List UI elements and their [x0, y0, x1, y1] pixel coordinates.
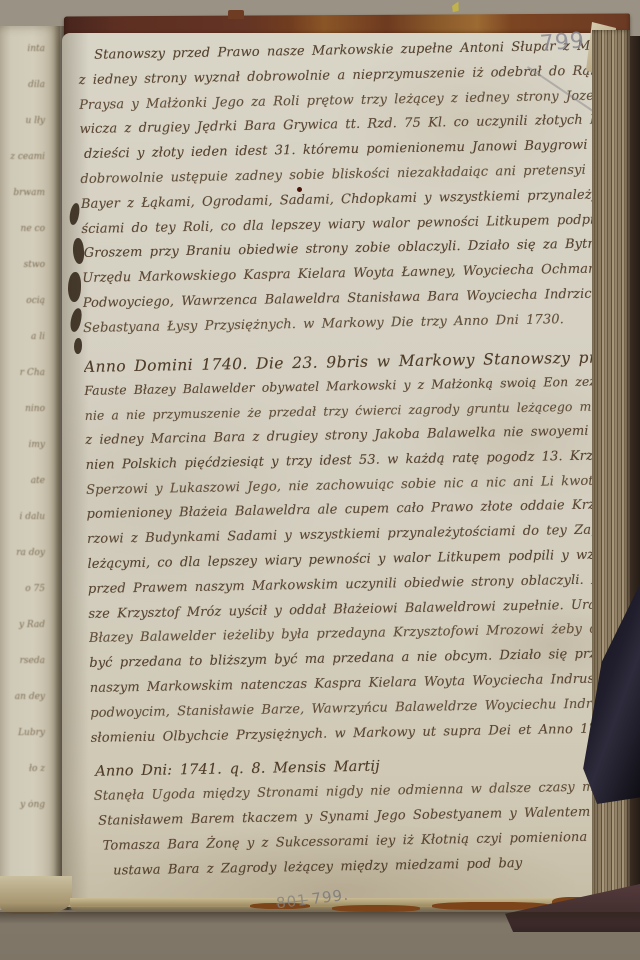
folio-number-pencil: 799: [539, 28, 586, 57]
facing-page-fragment: ło z: [0, 764, 52, 800]
facing-page-text: inta dila u lły z ceami brwam ne co stwo…: [0, 44, 52, 836]
book-shadow: [0, 912, 640, 924]
facing-page-fragment: a li: [0, 332, 52, 368]
facing-page-fragment: z ceami: [0, 152, 52, 188]
facing-page-fragment: ocią: [0, 296, 52, 332]
ink-dot: [297, 187, 302, 192]
crossed-out-number: 801: [275, 891, 309, 913]
facing-page-fragment: y óng: [0, 800, 52, 836]
ink-blot: [74, 338, 82, 354]
facing-page-fragment: dila: [0, 80, 52, 116]
facing-page-fragment: r Cha: [0, 368, 52, 404]
bottom-left-page-corner: [0, 876, 72, 914]
debris-speck: [450, 0, 462, 14]
facing-page-fragment: ne co: [0, 224, 52, 260]
spine-notch: [228, 10, 244, 19]
rust-fragment: [332, 905, 420, 912]
facing-page: inta dila u lły z ceami brwam ne co stwo…: [0, 26, 60, 910]
manuscript-text-block: Stanowszy przed Prawo nasze Markowskie z…: [78, 35, 608, 904]
facing-page-fragment: ate: [0, 476, 52, 512]
facing-page-fragment: u lły: [0, 116, 52, 152]
ink-blot: [68, 272, 81, 302]
facing-page-fragment: an dey: [0, 692, 52, 728]
facing-page-fragment: brwam: [0, 188, 52, 224]
facing-page-fragment: ra doy: [0, 548, 52, 584]
facing-page-fragment: i dalu: [0, 512, 52, 548]
facing-page-fragment: inta: [0, 44, 52, 80]
facing-page-fragment: Lubry: [0, 728, 52, 764]
facing-page-fragment: nino: [0, 404, 52, 440]
facing-page-fragment: stwo: [0, 260, 52, 296]
facing-page-fragment: rseda: [0, 656, 52, 692]
facing-page-fragment: o 75: [0, 584, 52, 620]
facing-page-fragment: imy: [0, 440, 52, 476]
facing-page-fragment: y Rad: [0, 620, 52, 656]
